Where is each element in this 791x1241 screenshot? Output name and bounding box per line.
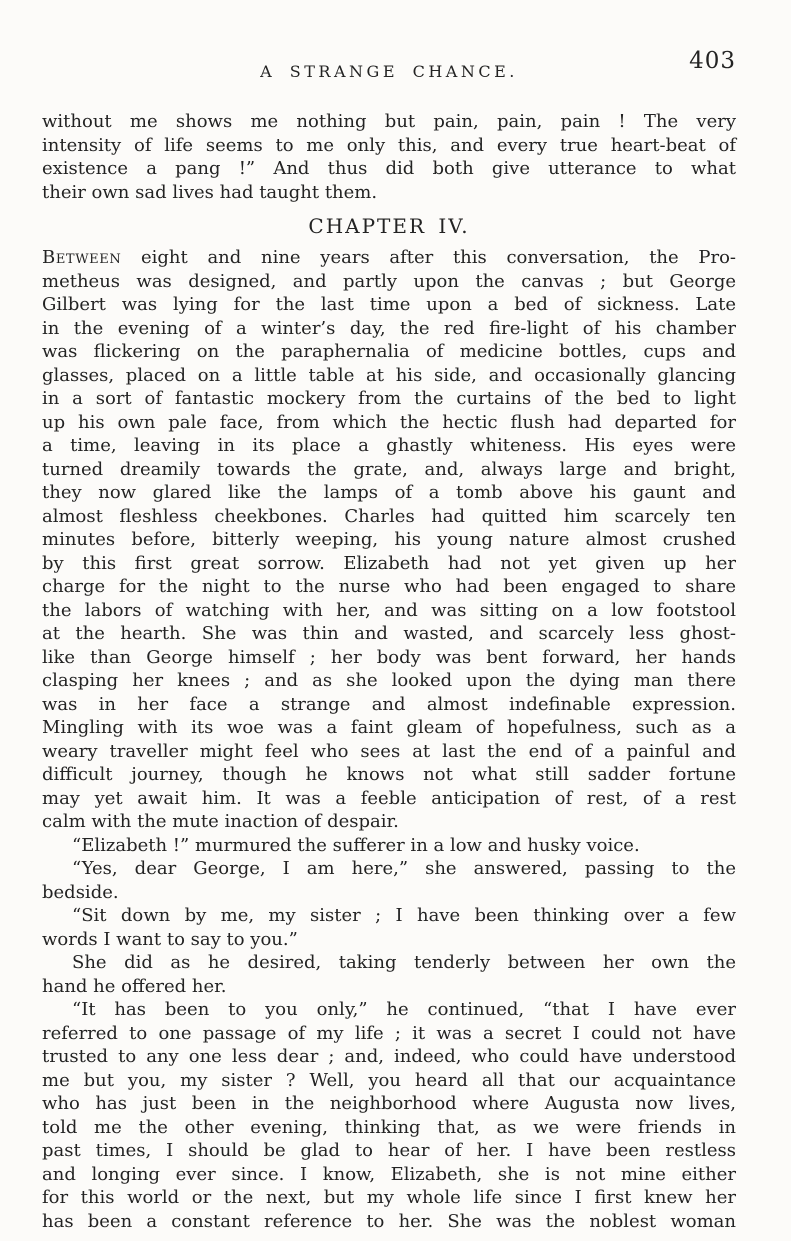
text-line: almost fleshless cheekbones. Charles had… [42,505,736,529]
text-line: Mingling with its woe was a faint gleam … [42,716,736,740]
text-line: and longing ever since. I know, Elizabet… [42,1163,736,1187]
text-line: like than George himself ; her body was … [42,646,736,670]
text-line: turned dreamily towards the grate, and, … [42,458,736,482]
text-line: hand he offered her. [42,975,736,999]
text-line: “It has been to you only,” he continued,… [42,998,736,1022]
text-line: charge for the night to the nurse who ha… [42,575,736,599]
text-line: was flickering on the paraphernalia of m… [42,340,736,364]
text-line: “Sit down by me, my sister ; I have been… [42,904,736,928]
text-line: up his own pale face, from which the hec… [42,411,736,435]
text-line: intensity of life seems to me only this,… [42,134,736,158]
text-line: trusted to any one less dear ; and, inde… [42,1045,736,1069]
text-line: the labors of watching with her, and was… [42,599,736,623]
text-line: Gilbert was lying for the last time upon… [42,293,736,317]
paragraphs-after: Between eight and nine years after this … [42,246,736,1233]
paragraph: “Sit down by me, my sister ; I have been… [42,904,736,951]
text-line: clasping her knees ; and as she looked u… [42,669,736,693]
text-line: told me the other evening, thinking that… [42,1116,736,1140]
text-line: metheus was designed, and partly upon th… [42,270,736,294]
text-line: without me shows me nothing but pain, pa… [42,110,736,134]
text-line: bedside. [42,881,736,905]
running-head: A STRANGE CHANCE. [42,62,736,81]
paragraph: without me shows me nothing but pain, pa… [42,110,736,204]
text-line: who has just been in the neighborhood wh… [42,1092,736,1116]
text-line: they now glared like the lamps of a tomb… [42,481,736,505]
text-line: referred to one passage of my life ; it … [42,1022,736,1046]
smallcaps-word: Between [42,247,121,268]
paragraph: “Yes, dear George, I am here,” she answe… [42,857,736,904]
text-line: Between eight and nine years after this … [42,246,736,270]
text-line: weary traveller might feel who sees at l… [42,740,736,764]
paragraph: Between eight and nine years after this … [42,246,736,834]
text-line: a time, leaving in its place a ghastly w… [42,434,736,458]
text-line: by this first great sorrow. Elizabeth ha… [42,552,736,576]
text-line: She did as he desired, taking tenderly b… [42,951,736,975]
text-line: in a sort of fantastic mockery from the … [42,387,736,411]
text-line: at the hearth. She was thin and wasted, … [42,622,736,646]
text-line: in the evening of a winter’s day, the re… [42,317,736,341]
text-line: may yet await him. It was a feeble antic… [42,787,736,811]
page-number: 403 [689,48,736,74]
body-text: without me shows me nothing but pain, pa… [42,110,736,1233]
text-line: “Elizabeth !” murmured the sufferer in a… [42,834,736,858]
paragraph: She did as he desired, taking tenderly b… [42,951,736,998]
text-line: existence a pang !” And thus did both gi… [42,157,736,181]
text-line: has been a constant reference to her. Sh… [42,1210,736,1234]
paragraphs-before: without me shows me nothing but pain, pa… [42,110,736,204]
text-line: difficult journey, though he knows not w… [42,763,736,787]
text-line: for this world or the next, but my whole… [42,1186,736,1210]
text-line: calm with the mute inaction of despair. [42,810,736,834]
text-line: minutes before, bitterly weeping, his yo… [42,528,736,552]
text-line: past times, I should be glad to hear of … [42,1139,736,1163]
paragraph: “It has been to you only,” he continued,… [42,998,736,1233]
text-line: glasses, placed on a little table at his… [42,364,736,388]
text-line: me but you, my sister ? Well, you heard … [42,1069,736,1093]
text-line: their own sad lives had taught them. [42,181,736,205]
text-line: “Yes, dear George, I am here,” she answe… [42,857,736,881]
book-page: A STRANGE CHANCE. 403 without me shows m… [0,0,791,1241]
text-line: words I want to say to you.” [42,928,736,952]
chapter-heading: CHAPTER IV. [42,214,736,238]
paragraph: “Elizabeth !” murmured the sufferer in a… [42,834,736,858]
text-line: was in her face a strange and almost ind… [42,693,736,717]
